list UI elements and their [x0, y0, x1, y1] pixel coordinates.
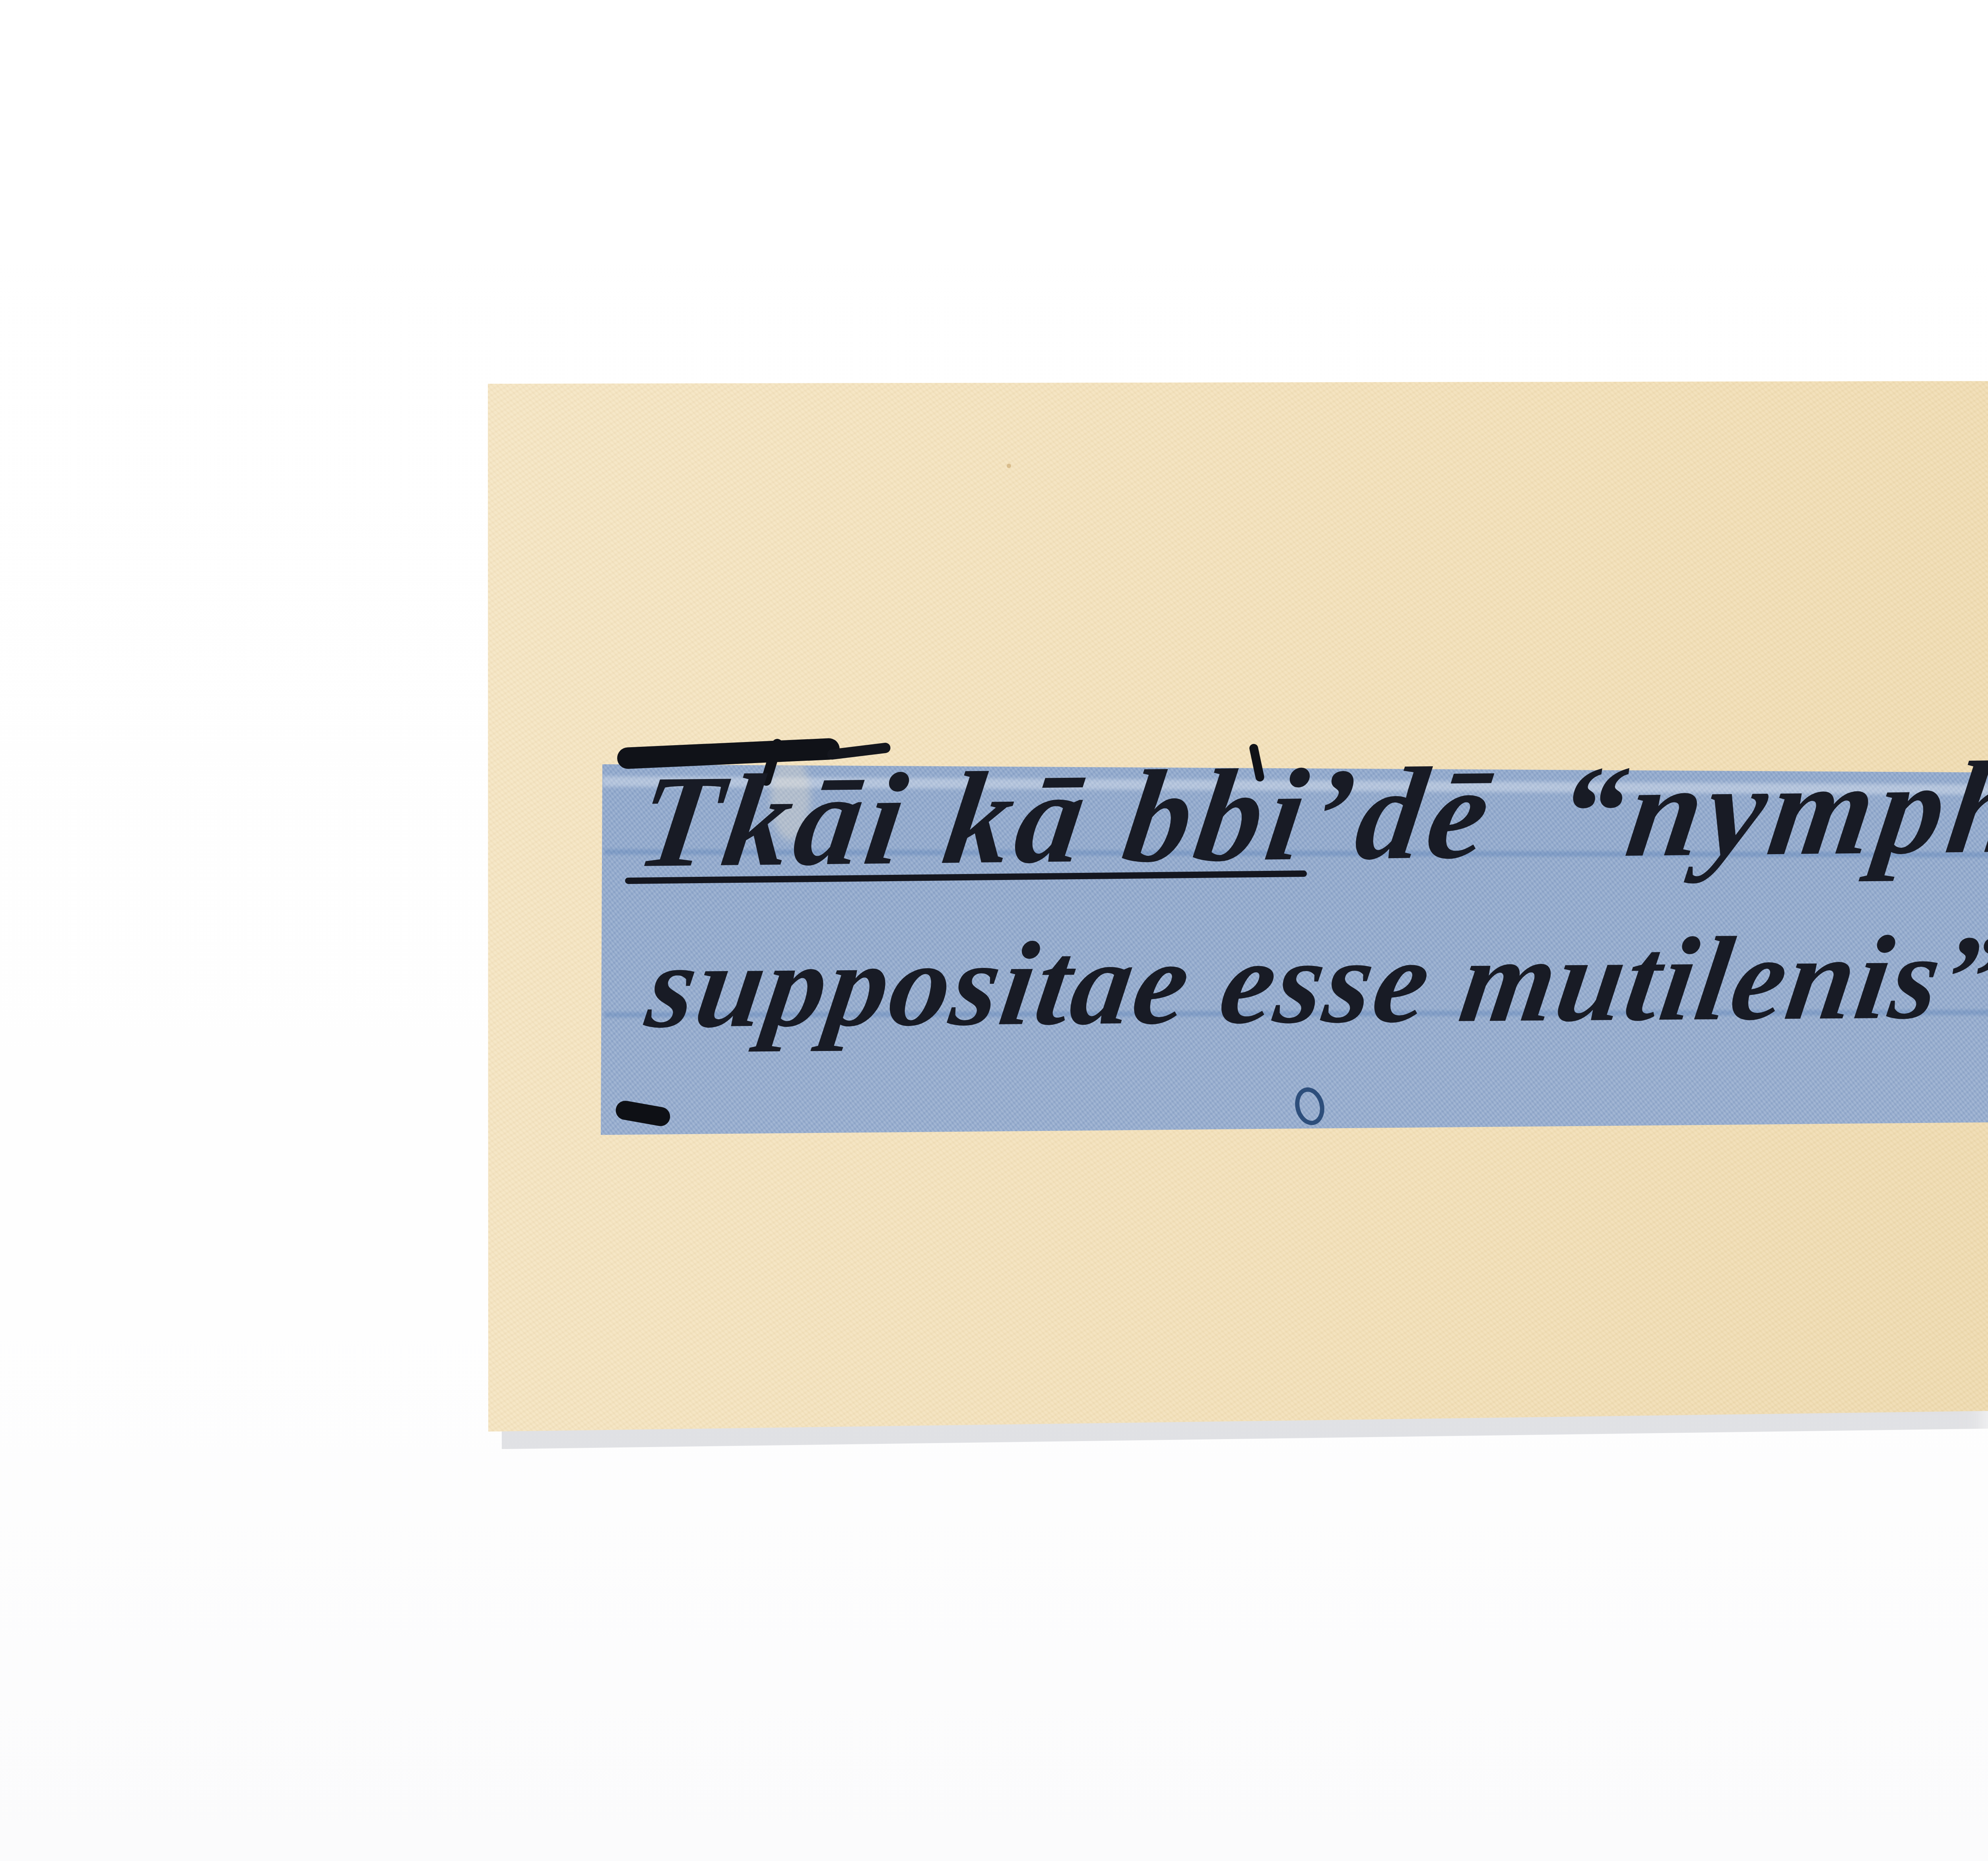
handwritten-quote-start: “nymphae — [1547, 732, 1988, 885]
paper-speck-faint — [1007, 464, 1011, 468]
handwritten-latin-quote: suppositae esse mutilenis” 677,4, — [639, 908, 1988, 1053]
handwritten-phrase-underlined: Tkāi kā bbi’dē — [629, 740, 1503, 895]
handwriting-line-2: suppositae esse mutilenis” 677,4, — [640, 915, 1988, 1047]
handwriting-line-1: Tkāi kā bbi’dē“nymphae — [630, 740, 1988, 888]
photo-stage: Tkāi kā bbi’dē“nymphae suppositae esse m… — [0, 0, 1988, 1861]
